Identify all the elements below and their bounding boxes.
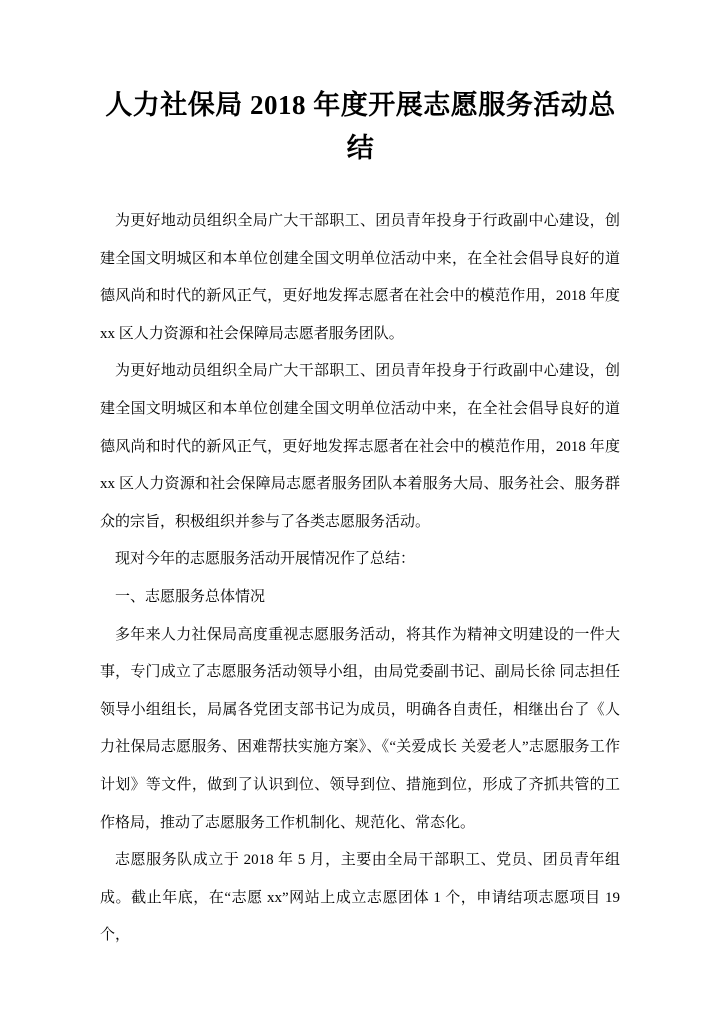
document-body: 为更好地动员组织全局广大干部职工、团员青年投身于行政副中心建设，创建全国文明城区… xyxy=(100,203,620,955)
document-title: 人力社保局 2018 年度开展志愿服务活动总结 xyxy=(100,84,621,170)
document-page: 人力社保局 2018 年度开展志愿服务活动总结 为更好地动员组织全局广大干部职工… xyxy=(0,0,721,1020)
paragraph-summary-lead: 现对今年的志愿服务活动开展情况作了总结： xyxy=(100,541,620,579)
paragraph-section1-overview: 多年来人力社保局高度重视志愿服务活动，将其作为精神文明建设的一件大事，专门成立了… xyxy=(100,617,620,843)
section-heading-1: 一、志愿服务总体情况 xyxy=(100,579,620,617)
paragraph-intro: 为更好地动员组织全局广大干部职工、团员青年投身于行政副中心建设，创建全国文明城区… xyxy=(100,203,620,353)
paragraph-intro-extended: 为更好地动员组织全局广大干部职工、团员青年投身于行政副中心建设，创建全国文明城区… xyxy=(100,353,620,541)
paragraph-team-founding: 志愿服务队成立于 2018 年 5 月，主要由全局干部职工、党员、团员青年组成。… xyxy=(100,842,620,955)
